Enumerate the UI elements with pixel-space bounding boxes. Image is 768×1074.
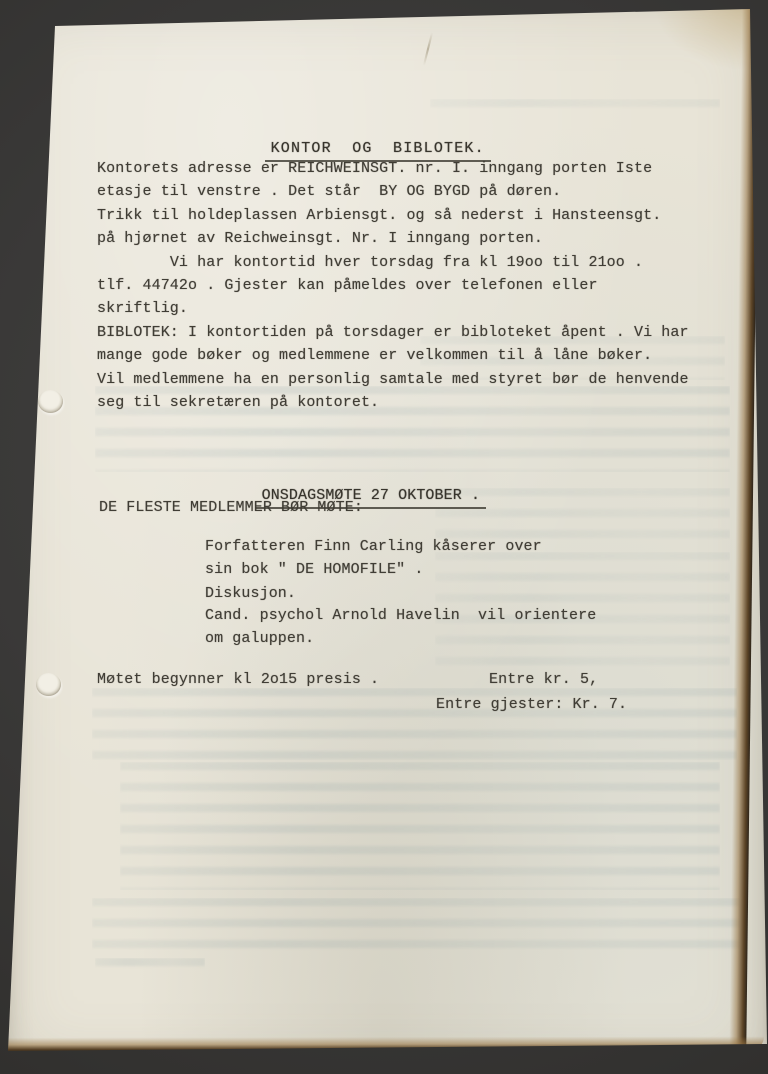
bleedthrough-text: [92, 688, 737, 760]
program-item-carling: Forfatteren Finn Carling kåserer over si…: [205, 535, 542, 605]
entry-fee-members: Entre kr. 5,: [489, 668, 598, 691]
scanned-document-scene: KONTOR OG BIBLOTEK. Kontorets adresse er…: [0, 0, 768, 1074]
bleedthrough-text: [120, 762, 720, 890]
entry-fee-guests: Entre gjester: Kr. 7.: [436, 693, 627, 716]
paper-crease-mark: [423, 32, 433, 65]
bleedthrough-text: [95, 958, 205, 972]
punch-hole-top: [38, 390, 63, 413]
page-edge-bottom: [4, 1036, 764, 1052]
meeting-callout-line: DE FLESTE MEDLEMMER BØR MØTE:: [99, 496, 363, 519]
program-item-havelin: Cand. psychol Arnold Havelin vil oriente…: [205, 604, 596, 651]
bleedthrough-text: [92, 898, 740, 960]
meeting-start-line: Møtet begynner kl 2o15 presis .: [97, 668, 379, 691]
paper-sheet: KONTOR OG BIBLOTEK. Kontorets adresse er…: [0, 0, 768, 1074]
page-edge-right: [729, 6, 759, 1048]
punch-hole-bottom: [36, 673, 61, 696]
bleedthrough-text: [430, 99, 720, 115]
office-info-paragraph: Kontorets adresse er REICHWEINSGT. nr. I…: [97, 157, 697, 414]
